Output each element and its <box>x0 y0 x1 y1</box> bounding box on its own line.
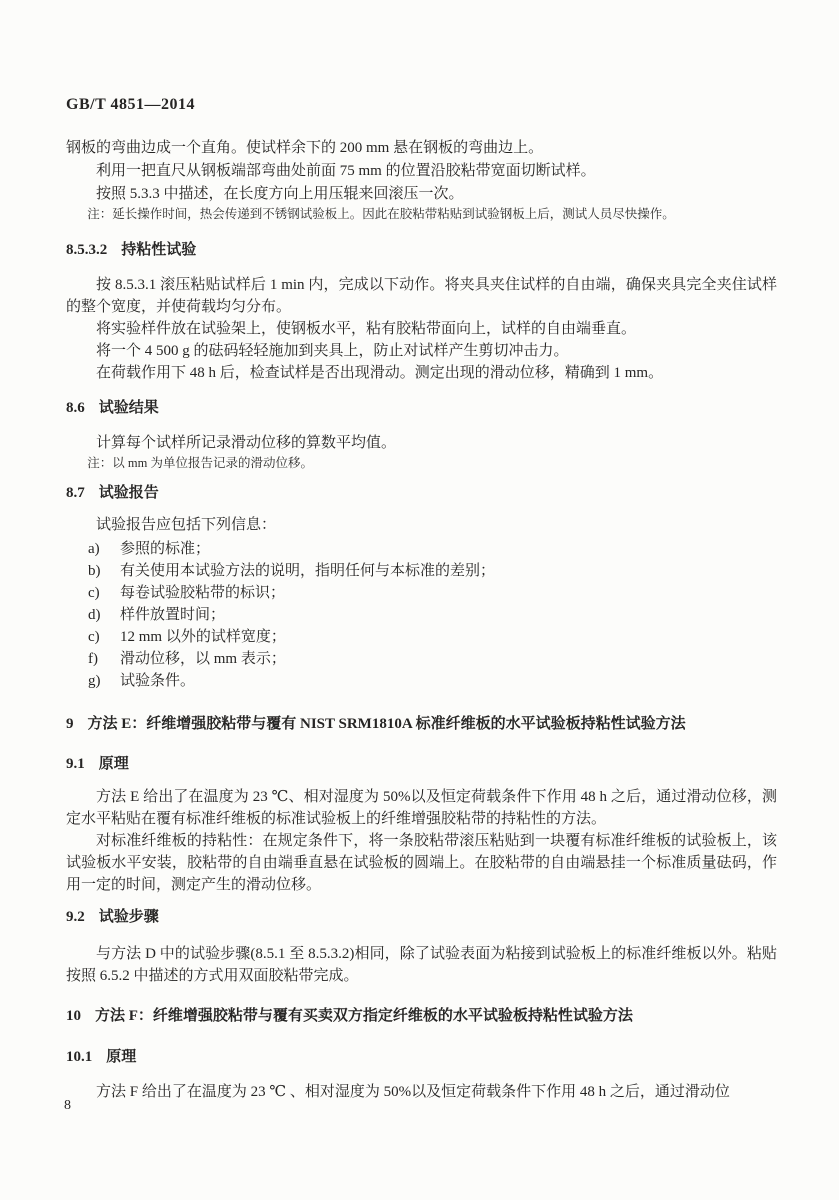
section-heading-10-1: 10.1原理 <box>66 1046 777 1068</box>
list-item: c)12 mm 以外的试样宽度； <box>66 626 777 648</box>
section-heading-9-1: 9.1原理 <box>66 753 777 775</box>
report-item-list: a)参照的标准； b)有关使用本试验方法的说明，指明任何与本标准的差别； c)每… <box>66 538 777 692</box>
list-item-text: 参照的标准； <box>120 541 210 557</box>
section-heading-8-5-3-2: 8.5.3.2持粘性试验 <box>66 239 777 261</box>
list-item: d)样件放置时间； <box>66 604 777 626</box>
list-item: c)每卷试验胶粘带的标识； <box>66 582 777 604</box>
list-item: b)有关使用本试验方法的说明，指明任何与本标准的差别； <box>66 560 777 582</box>
document-page: GB/T 4851—2014 钢板的弯曲边成一个直角。使试样余下的 200 mm… <box>0 0 839 1200</box>
note: 注：以 mm 为单位报告记录的滑动位移。 <box>66 454 777 472</box>
paragraph: 方法 F 给出了在温度为 23 ℃ 、相对湿度为 50%以及恒定荷载条件下作用 … <box>66 1081 777 1103</box>
list-item: g)试验条件。 <box>66 670 777 692</box>
list-item-label: g) <box>88 670 101 692</box>
paragraph: 将一个 4 500 g 的砝码轻轻施加到夹具上，防止对试样产生剪切冲击力。 <box>66 340 777 362</box>
chapter-heading-9: 9方法 E：纤维增强胶粘带与覆有 NIST SRM1810A 标准纤维板的水平试… <box>66 713 777 735</box>
section-title: 原理 <box>106 1049 136 1065</box>
list-item: a)参照的标准； <box>66 538 777 560</box>
list-item-label: b) <box>88 560 101 582</box>
section-title: 试验步骤 <box>99 909 159 925</box>
section-title: 方法 E：纤维增强胶粘带与覆有 NIST SRM1810A 标准纤维板的水平试验… <box>88 716 686 732</box>
section-number: 9.2 <box>66 909 85 925</box>
note: 注：延长操作时间，热会传递到不锈钢试验板上。因此在胶粘带粘贴到试验钢板上后，测试… <box>66 205 777 223</box>
section-number: 8.6 <box>66 400 85 416</box>
paragraph: 按照 5.3.3 中描述，在长度方向上用压辊来回滚压一次。 <box>66 183 777 205</box>
section-title: 持粘性试验 <box>121 242 196 258</box>
list-item-label: f) <box>88 648 98 670</box>
paragraph: 方法 E 给出了在温度为 23 ℃、相对湿度为 50%以及恒定荷载条件下作用 4… <box>66 786 777 830</box>
section-number: 10 <box>66 1008 81 1024</box>
standard-number: GB/T 4851—2014 <box>66 96 195 114</box>
paragraph: 按 8.5.3.1 滚压粘贴试样后 1 min 内，完成以下动作。将夹具夹住试样… <box>66 274 777 318</box>
section-number: 9 <box>66 716 74 732</box>
section-title: 原理 <box>99 756 129 772</box>
chapter-heading-10: 10方法 F：纤维增强胶粘带与覆有买卖双方指定纤维板的水平试验板持粘性试验方法 <box>66 1005 777 1027</box>
section-number: 8.7 <box>66 485 85 501</box>
paragraph: 计算每个试样所记录滑动位移的算数平均值。 <box>66 432 777 454</box>
section-number: 8.5.3.2 <box>66 242 107 258</box>
paragraph: 钢板的弯曲边成一个直角。使试样余下的 200 mm 悬在钢板的弯曲边上。 <box>66 137 777 159</box>
section-number: 9.1 <box>66 756 85 772</box>
list-item-text: 12 mm 以外的试样宽度； <box>120 629 286 645</box>
document-body: 钢板的弯曲边成一个直角。使试样余下的 200 mm 悬在钢板的弯曲边上。 利用一… <box>66 130 777 1103</box>
section-heading-8-7: 8.7试验报告 <box>66 482 777 504</box>
paragraph: 利用一把直尺从钢板端部弯曲处前面 75 mm 的位置沿胶粘带宽面切断试样。 <box>66 160 777 182</box>
paragraph: 与方法 D 中的试验步骤(8.5.1 至 8.5.3.2)相同，除了试验表面为粘… <box>66 943 777 987</box>
section-title: 试验结果 <box>99 400 159 416</box>
section-number: 10.1 <box>66 1049 92 1065</box>
list-item-text: 每卷试验胶粘带的标识； <box>120 585 285 601</box>
list-item-label: c) <box>88 582 100 604</box>
section-title: 试验报告 <box>99 485 159 501</box>
paragraph: 试验报告应包括下列信息： <box>66 514 777 536</box>
list-item-text: 样件放置时间； <box>120 607 225 623</box>
list-item-text: 试验条件。 <box>120 673 195 689</box>
paragraph: 在荷载作用下 48 h 后，检查试样是否出现滑动。测定出现的滑动位移，精确到 1… <box>66 362 777 384</box>
paragraph: 对标准纤维板的持粘性：在规定条件下，将一条胶粘带滚压粘贴到一块覆有标准纤维板的试… <box>66 830 777 896</box>
list-item-label: a) <box>88 538 100 560</box>
list-item: f)滑动位移，以 mm 表示； <box>66 648 777 670</box>
list-item-text: 有关使用本试验方法的说明，指明任何与本标准的差别； <box>120 563 495 579</box>
section-title: 方法 F：纤维增强胶粘带与覆有买卖双方指定纤维板的水平试验板持粘性试验方法 <box>95 1008 633 1024</box>
page-number: 8 <box>64 1098 71 1114</box>
list-item-label: c) <box>88 626 100 648</box>
section-heading-8-6: 8.6试验结果 <box>66 397 777 419</box>
list-item-text: 滑动位移，以 mm 表示； <box>120 651 286 667</box>
section-heading-9-2: 9.2试验步骤 <box>66 906 777 928</box>
list-item-label: d) <box>88 604 101 626</box>
paragraph: 将实验样件放在试验架上，使钢板水平，粘有胶粘带面向上，试样的自由端垂直。 <box>66 318 777 340</box>
